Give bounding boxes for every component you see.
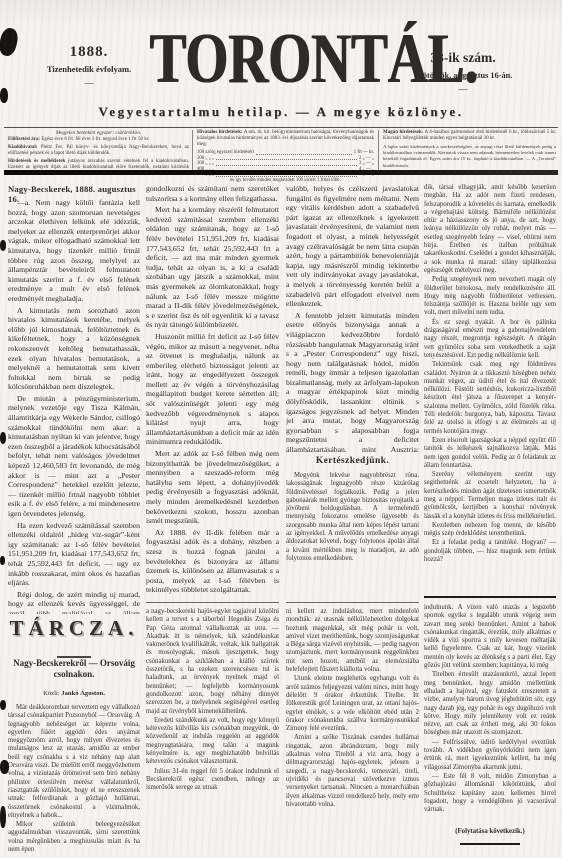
- feuilleton-paragraph: Mikor szüleink beleegyezésüket aggodalmu…: [8, 821, 140, 854]
- masthead-title: TORONTÁL.: [150, 18, 419, 117]
- feuilleton-paragraph: Eredeti szándékunk az volt, hogy egy kön…: [146, 717, 279, 767]
- lead-paragraph: A kimutatás nem sorozható azon hivatalos…: [8, 306, 140, 392]
- feuilleton-paragraph: — Este fél 8 volt, midőn Zimonyban a gőz…: [424, 773, 556, 814]
- publication-frequency: Megjelen hetenkint egyszer: csötörtökön.: [8, 130, 189, 136]
- garden-article-heading: Kertészkedjünk.: [286, 456, 419, 466]
- scan-speck: [0, 88, 8, 103]
- feuilleton-col1: Már deákkoromban terveztem egy vállalkoz…: [8, 704, 140, 856]
- feuilleton-end-rule: [460, 843, 520, 845]
- feuilleton-paragraph: a nagy-becskereki hajós-egylet tagjaival…: [146, 608, 279, 716]
- feuilleton-paragraph: Julius 31-én reggel fél 5 órakor indultu…: [146, 768, 279, 793]
- feuilleton-col3: ni kellett az induláshoz, mert mindenfel…: [286, 608, 419, 856]
- garden-paragraph: Tekintsünk csak meg egy földmüves család…: [424, 361, 556, 436]
- masthead-subtitle: Vegyestartalmu hetilap. — A megye közlön…: [58, 104, 504, 120]
- feuilleton-section-title: TÁRCZA.: [8, 616, 140, 641]
- newspaper-page: 1888. Tizenhetedik évfolyam. — TORONTÁL.…: [0, 0, 562, 858]
- fold-rule-col2: [146, 602, 279, 603]
- header-heavy-rule: [4, 170, 558, 175]
- private-ads-terms: Magán hirdetések: A 4-hasábos garmondsor…: [383, 130, 556, 142]
- lead-paragraph: Ha ezen kedvező számítással szemben elle…: [8, 521, 140, 588]
- lead-paragraph: A fenntebb jelzett kimutatás minden eset…: [286, 311, 419, 452]
- continuation-notice: (Folytatása következik.): [424, 828, 556, 835]
- feuilleton-col4: indulnunk. A vizen való utazás a legszeb…: [424, 604, 556, 826]
- publisher-office: Kiadóhivatal: Pleitz Fer. Pál könyv- és …: [8, 145, 189, 157]
- garden-paragraph: Megyénk fekvése nagyobbrészt róna, lakos…: [286, 472, 419, 563]
- scan-speck: [0, 27, 20, 58]
- garden-article-col3: Megyénk fekvése nagyobbrészt róna, lakos…: [286, 472, 419, 598]
- scan-speck: [0, 806, 6, 828]
- garden-paragraph: Kezdetben nehezen fog menni, de később m…: [424, 522, 556, 539]
- lead-paragraph: —a. Nem nagy költői fantázia kell hozzá,…: [8, 198, 140, 304]
- feuilleton-paragraph: Utunk eleinte meglehetős egyhangu volt é…: [286, 675, 419, 733]
- feuilleton-paragraph: — Felfrissülve, üditő kedélylyel eveztün…: [424, 739, 556, 772]
- garden-article-col4: dik, társai elhagyják, amit később keser…: [424, 184, 556, 590]
- feuilleton-byline: Közli: Jankó Ágoston.: [8, 690, 140, 697]
- scan-speck: [0, 556, 5, 565]
- infobox-divider-2: [378, 130, 379, 170]
- garden-paragraph: Pedig szegénynek nem nevezheti magát oly…: [424, 276, 556, 317]
- feuilleton-headline: Nagy-Becskerekről — Orsováig csolnakon.: [8, 658, 140, 680]
- scan-speck: [0, 700, 6, 710]
- fold-rule-col3: [286, 602, 419, 603]
- masthead-issue-number: 33-ik szám.: [402, 50, 524, 66]
- infobox-top-rule: [4, 127, 558, 128]
- masthead-volume: Tizenhetedik évfolyam.: [12, 64, 166, 74]
- scan-speck: [0, 240, 6, 251]
- private-ads-note: A lapba szánt közlemények a szerkesztősé…: [383, 144, 556, 169]
- scan-speck: [0, 432, 6, 444]
- masthead-year: 1888.: [28, 44, 150, 61]
- fold-rule-col4: [424, 596, 556, 598]
- lead-article-col2: gondolkozni és számítani nem szeretőket …: [146, 184, 279, 598]
- lead-paragraph: Mert az adók az I-ső félben még nem bizo…: [146, 449, 279, 526]
- lead-paragraph: De miután a pénzügyministerium, melynek …: [8, 394, 140, 519]
- infobox-divider-1: [192, 130, 193, 170]
- lead-paragraph: valóbb, helyes és czélszerü javaslatokat…: [286, 184, 419, 309]
- lead-paragraph: Az 1888. év II-dik felében már a fogyasz…: [146, 528, 279, 595]
- garden-paragraph: És ez szegi nyakát. A bor és pálinka drá…: [424, 319, 556, 360]
- feuilleton-paragraph: indulnunk. A vizen való utazás a legszeb…: [424, 604, 556, 670]
- feuilleton-paragraph: Titelben értesült utazásunkról, azzal le…: [424, 671, 556, 737]
- feuilleton-paragraph: Amint a szőke Tiszának csendes hullámai …: [286, 734, 419, 809]
- lead-paragraph: Huszonöt millió frt deficit az I-ső félé…: [146, 332, 279, 447]
- feuilleton-col2: a nagy-becskereki hajós-egylet tagjaival…: [146, 608, 279, 856]
- garden-paragraph: Ezen elsorolt igazságokat a néppel együt…: [424, 437, 556, 470]
- feuilleton-paragraph: ni kellett az induláshoz, mert mindenfel…: [286, 608, 419, 674]
- lead-article-col3: valóbb, helyes és czélszerü javaslatokat…: [286, 184, 419, 452]
- garden-paragraph: Ez a feladat pedig a tanitóké. Hogyan? —…: [424, 539, 556, 564]
- infobox-official-ads-cell: Hivatalos hirdetések: A nm. m. kir. belü…: [197, 130, 374, 184]
- masthead-date: Csötörtök, augusztus 16-án.: [394, 71, 532, 80]
- lead-article-col1: —a. Nem nagy költői fantázia kell hozzá,…: [8, 198, 140, 614]
- garden-paragraph: Szerény véleményem szerint ugy segithetn…: [424, 471, 556, 521]
- lead-paragraph: gondolkozni és számítani nem szeretőket …: [146, 184, 279, 203]
- garden-paragraph: dik, társai elhagyják, amit később keser…: [424, 184, 556, 275]
- masthead-dash-right: —: [394, 84, 532, 94]
- lead-paragraph: Mert ha a kormány részéről felmutatott k…: [146, 205, 279, 330]
- lead-paragraph: Régi dolog, de azért mindig uj marad, ho…: [8, 590, 140, 614]
- feuilleton-paragraph: Már deákkoromban terveztem egy vállalkoz…: [8, 704, 140, 820]
- subscription-price: Előfizetési ára: Egész évre 6 frt. fél é…: [8, 137, 189, 143]
- official-ads-intro: Hivatalos hirdetések: A nm. m. kir. belü…: [197, 130, 374, 149]
- infobox-private-ads-cell: Magán hirdetések: A 4-hasábos garmondsor…: [383, 130, 556, 170]
- masthead-dash-left: —: [12, 78, 166, 88]
